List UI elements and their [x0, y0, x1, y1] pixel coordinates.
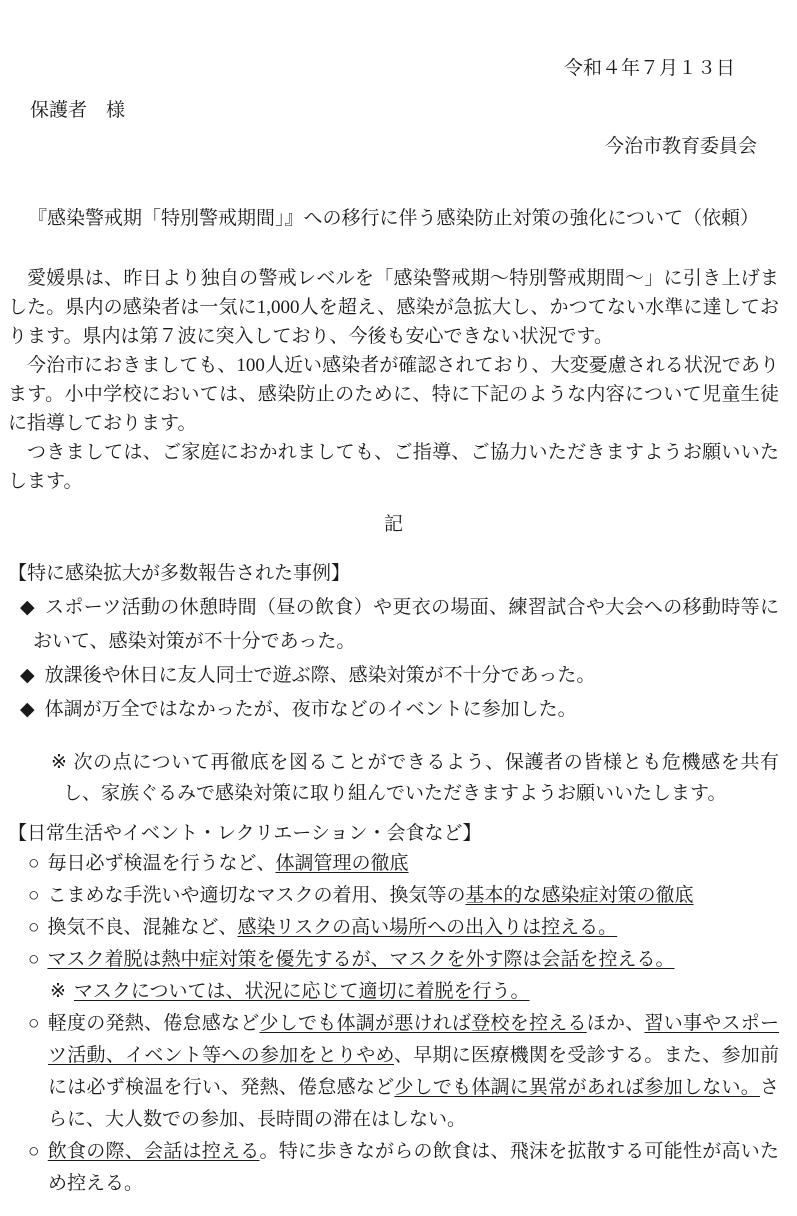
daily-item-text: ほか、 [587, 1013, 645, 1034]
daily-item: ○換気不良、混雑など、感染リスクの高い場所への出入りは控える。 [8, 912, 779, 944]
daily-item: ○マスク着脱は熱中症対策を優先するが、マスクを外す際は会話を控える。 [8, 944, 779, 976]
daily-item-text: 感染リスクの高い場所への出入りは控える。 [238, 917, 618, 938]
shared-awareness-note-text: 次の点について再徹底を図ることができるよう、保護者の皆様とも危機感を共有し、家族… [63, 752, 779, 804]
daily-item-text: マスク着脱は熱中症対策を優先するが、マスクを外す際は会話を控える。 [47, 949, 674, 970]
reference-mark-icon: ※ [51, 752, 68, 773]
daily-section-heading: 【日常生活やイベント・レクリエーション・会食など】 [8, 819, 779, 848]
daily-item: ※マスクについては、状況に応じて適切に着脱を行う。 [8, 976, 779, 1008]
case-item-text: 体調が万全ではなかったが、夜市などのイベントに参加した。 [45, 699, 577, 720]
paragraph-1: 愛媛県は、昨日より独自の警戒レベルを「感染警戒期～特別警戒期間～」に引き上げまし… [8, 264, 779, 351]
daily-item-text: マスクについては、状況に応じて適切に着脱を行う。 [74, 981, 530, 1002]
daily-item-text: 少しでも体調に異常があれば参加しない。 [394, 1077, 760, 1098]
daily-item-text: 換気不良、混雑など、 [47, 917, 237, 938]
addressee: 保護者 様 [8, 98, 779, 124]
daily-item: ○軽度の発熱、倦怠感など少しでも体調が悪ければ登校を控えるほか、習い事やスポーツ… [8, 1008, 779, 1136]
diamond-bullet-icon: ◆ [20, 597, 35, 618]
circle-bullet-icon: ○ [28, 853, 39, 874]
daily-item-text: 毎日必ず検温を行うなど、 [47, 853, 275, 874]
document-title: 『感染警戒期「特別警戒期間」』への移行に伴う感染防止対策の強化について（依頼） [8, 204, 779, 234]
circle-bullet-icon: ○ [28, 885, 39, 906]
body-paragraphs: 愛媛県は、昨日より独自の警戒レベルを「感染警戒期～特別警戒期間～」に引き上げまし… [8, 264, 779, 496]
record-marker: 記 [8, 510, 779, 539]
circle-bullet-icon: ○ [28, 1141, 40, 1162]
case-item: ◆スポーツ活動の休憩時間（昼の飲食）や更衣の場面、練習試合や大会への移動時等にお… [8, 591, 779, 659]
document-date: 令和４年７月１３日 [8, 56, 779, 82]
daily-list: ○毎日必ず検温を行うなど、体調管理の徹底○こまめな手洗いや適切なマスクの着用、換… [8, 848, 779, 1200]
daily-item-text: 軽度の発熱、倦怠感など [48, 1013, 260, 1034]
daily-item: ○飲食の際、会話は控える。特に歩きながらの飲食は、飛沫を拡散する可能性が高いため… [8, 1136, 779, 1200]
daily-item-text: 基本的な感染症対策の徹底 [466, 885, 694, 906]
case-item: ◆放課後や休日に友人同士で遊ぶ際、感染対策が不十分であった。 [8, 659, 779, 693]
cases-section-heading: 【特に感染拡大が多数報告された事例】 [8, 559, 779, 588]
daily-item-text: 少しでも体調が悪ければ登校を控える [259, 1013, 586, 1034]
daily-item: ○こまめな手洗いや適切なマスクの着用、換気等の基本的な感染症対策の徹底 [8, 880, 779, 912]
case-item: ◆体調が万全ではなかったが、夜市などのイベントに参加した。 [8, 693, 779, 727]
shared-awareness-note: ※次の点について再徹底を図ることができるよう、保護者の皆様とも危機感を共有し、家… [8, 747, 779, 809]
paragraph-2: 今治市におきましても、100人近い感染者が確認されており、大変憂慮される状況であ… [8, 351, 779, 438]
sender: 今治市教育委員会 [8, 134, 779, 160]
circle-bullet-icon: ○ [28, 1013, 40, 1034]
daily-item-text: 体調管理の徹底 [276, 853, 409, 874]
case-item-text: スポーツ活動の休憩時間（昼の飲食）や更衣の場面、練習試合や大会への移動時等におい… [33, 597, 779, 652]
case-item-text: 放課後や休日に友人同士で遊ぶ際、感染対策が不十分であった。 [45, 665, 596, 686]
document-page: 令和４年７月１３日 保護者 様 今治市教育委員会 『感染警戒期「特別警戒期間」』… [0, 0, 797, 1200]
daily-item-text: 飲食の際、会話は控える [48, 1141, 260, 1162]
circle-bullet-icon: ○ [28, 949, 39, 970]
case-list: ◆スポーツ活動の休憩時間（昼の飲食）や更衣の場面、練習試合や大会への移動時等にお… [8, 591, 779, 727]
circle-bullet-icon: ○ [28, 917, 39, 938]
diamond-bullet-icon: ◆ [20, 665, 35, 686]
reference-mark-icon: ※ [50, 981, 66, 1002]
diamond-bullet-icon: ◆ [20, 699, 35, 720]
daily-item: ○毎日必ず検温を行うなど、体調管理の徹底 [8, 848, 779, 880]
paragraph-3: つきましては、ご家庭におかれましても、ご指導、ご協力いただきますようお願いいたし… [8, 438, 779, 496]
daily-item-text: こまめな手洗いや適切なマスクの着用、換気等の [47, 885, 465, 906]
